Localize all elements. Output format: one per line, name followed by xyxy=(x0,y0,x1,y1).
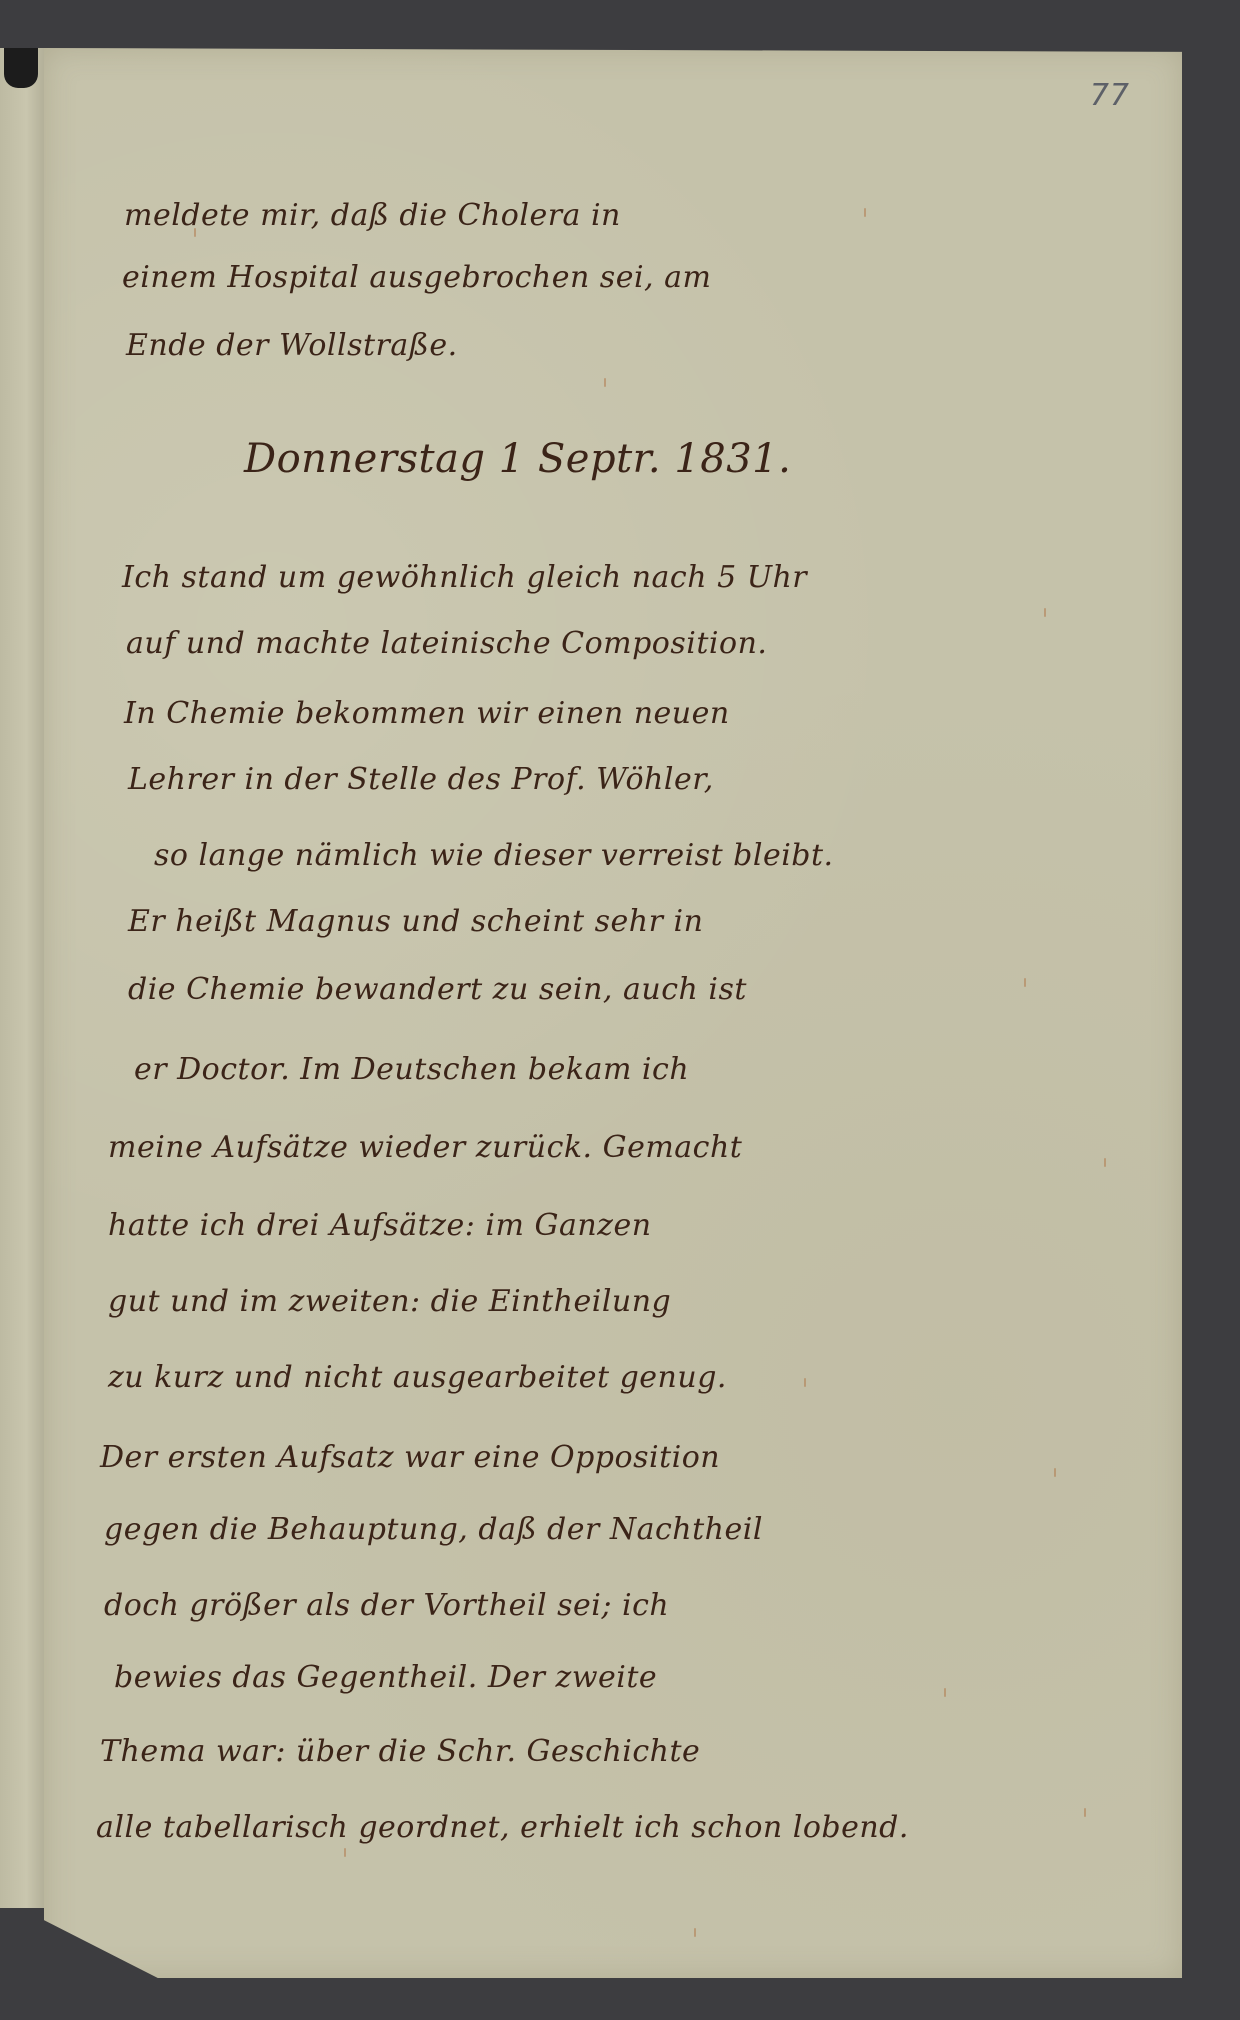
text-line: gegen die Behauptung, daß der Nachtheil xyxy=(104,1512,763,1547)
text-line: auf und machte lateinische Composition. xyxy=(126,626,767,661)
folio-number: 77 xyxy=(1090,78,1130,113)
text-line: Thema war: über die Schr. Geschichte xyxy=(100,1734,700,1769)
manuscript-page: 77 meldete mir, daß die Cholera in einem… xyxy=(44,48,1182,1978)
text-line: Ich stand um gewöhnlich gleich nach 5 Uh… xyxy=(122,560,807,595)
text-line: doch größer als der Vortheil sei; ich xyxy=(104,1588,669,1623)
text-line: In Chemie bekommen wir einen neuen xyxy=(124,696,730,731)
text-line: die Chemie bewandert zu sein, auch ist xyxy=(128,972,747,1007)
text-line: alle tabellarisch geordnet, erhielt ich … xyxy=(96,1810,909,1845)
text-line: meldete mir, daß die Cholera in xyxy=(124,198,621,233)
entry-date-heading: Donnerstag 1 Septr. 1831. xyxy=(244,436,791,482)
text-line: meine Aufsätze wieder zurück. Gemacht xyxy=(108,1130,742,1165)
text-line: Lehrer in der Stelle des Prof. Wöhler, xyxy=(128,762,714,797)
text-line: Ende der Wollstraße. xyxy=(126,328,458,363)
text-line: einem Hospital ausgebrochen sei, am xyxy=(122,260,711,295)
text-line: zu kurz und nicht ausgearbeitet genug. xyxy=(108,1360,727,1395)
facing-page-gutter xyxy=(0,48,46,1908)
text-line: gut und im zweiten: die Eintheilung xyxy=(108,1284,671,1319)
text-line: bewies das Gegentheil. Der zweite xyxy=(114,1660,657,1695)
text-line: er Doctor. Im Deutschen bekam ich xyxy=(134,1052,689,1087)
text-line: hatte ich drei Aufsätze: im Ganzen xyxy=(108,1208,652,1243)
text-line: so lange nämlich wie dieser verreist ble… xyxy=(154,838,834,873)
binding-clip xyxy=(4,48,38,88)
text-line: Er heißt Magnus und scheint sehr in xyxy=(128,904,703,939)
text-line: Der ersten Aufsatz war eine Opposition xyxy=(100,1440,720,1475)
